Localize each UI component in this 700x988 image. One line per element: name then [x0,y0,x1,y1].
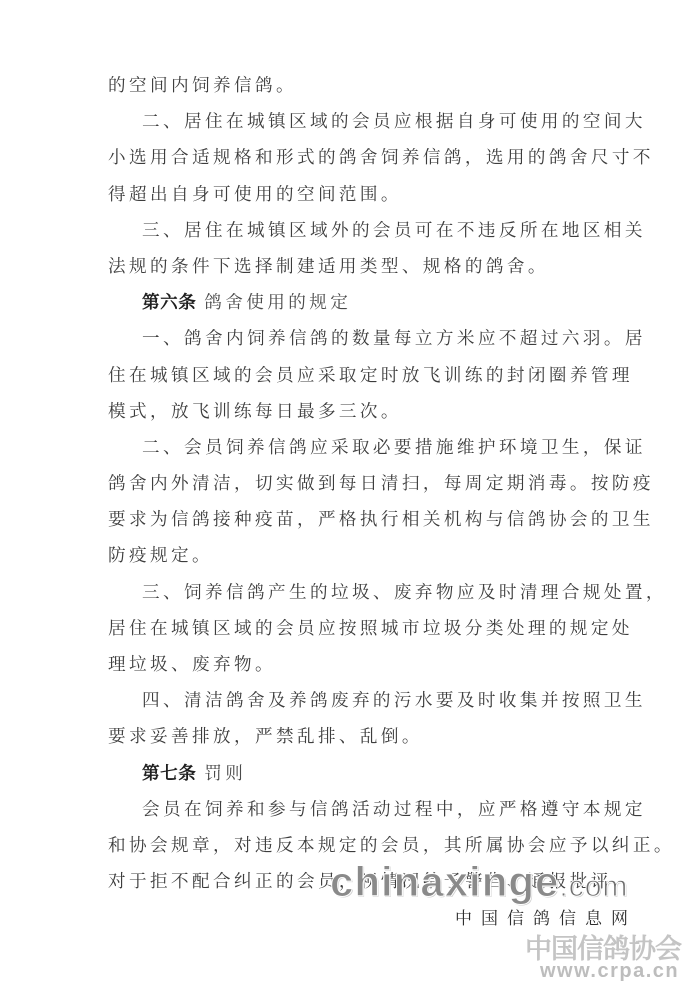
text-line: 要求妥善排放，严禁乱排、乱倒。 [108,719,594,755]
watermark-association-url: www.crpa.cn [540,960,679,983]
text-line: 模式，放飞训练每日最多三次。 [108,394,594,430]
text-line: 要求为信鸽接种疫苗，严格执行相关机构与信鸽协会的卫生 [108,502,594,538]
watermark-domain: chinaxinge.com [330,858,628,906]
text-line: 一、鸽舍内饲养信鸽的数量每立方米应不超过六羽。居 [108,321,594,357]
text-line: 三、饲养信鸽产生的垃圾、废弃物应及时清理合规处置， [108,575,594,611]
article-7-heading: 第七条罚则 [108,756,594,792]
text-line: 防疫规定。 [108,538,594,574]
text-line: 小选用合适规格和形式的鸽舍饲养信鸽，选用的鸽舍尺寸不 [108,140,594,176]
text-line: 得超出自身可使用的空间范围。 [108,177,594,213]
text-line: 二、会员饲养信鸽应采取必要措施维护环境卫生，保证 [108,430,594,466]
text-line: 二、居住在城镇区域的会员应根据自身可使用的空间大 [108,104,594,140]
text-line: 会员在饲养和参与信鸽活动过程中，应严格遵守本规定 [108,792,594,828]
article-title: 鸽舍使用的规定 [204,293,351,313]
text-line: 法规的条件下选择制建适用类型、规格的鸽舍。 [108,249,594,285]
text-line: 居住在城镇区域的会员应按照城市垃圾分类处理的规定处 [108,611,594,647]
article-number: 第七条 [142,764,196,784]
watermark-site-name: 中国信鸽信息网 [455,904,637,929]
article-6-heading: 第六条鸽舍使用的规定 [108,285,594,321]
document-body: 的空间内饲养信鸽。 二、居住在城镇区域的会员应根据自身可使用的空间大 小选用合适… [108,68,594,900]
article-title: 罚则 [204,764,246,784]
text-line: 住在城镇区域的会员应采取定时放飞训练的封闭圈养管理 [108,358,594,394]
text-line: 鸽舍内外清洁，切实做到每日清扫，每周定期消毒。按防疫 [108,466,594,502]
text-line: 理垃圾、废弃物。 [108,647,594,683]
document-page: 的空间内饲养信鸽。 二、居住在城镇区域的会员应根据自身可使用的空间大 小选用合适… [0,0,700,988]
text-line: 的空间内饲养信鸽。 [108,68,594,104]
text-line: 四、清洁鸽舍及养鸽废弃的污水要及时收集并按照卫生 [108,683,594,719]
text-line: 三、居住在城镇区域外的会员可在不违反所在地区相关 [108,213,594,249]
article-number: 第六条 [142,293,196,313]
watermark-domain-suffix: .com [559,870,628,903]
watermark-domain-main: chinaxinge [330,858,559,905]
